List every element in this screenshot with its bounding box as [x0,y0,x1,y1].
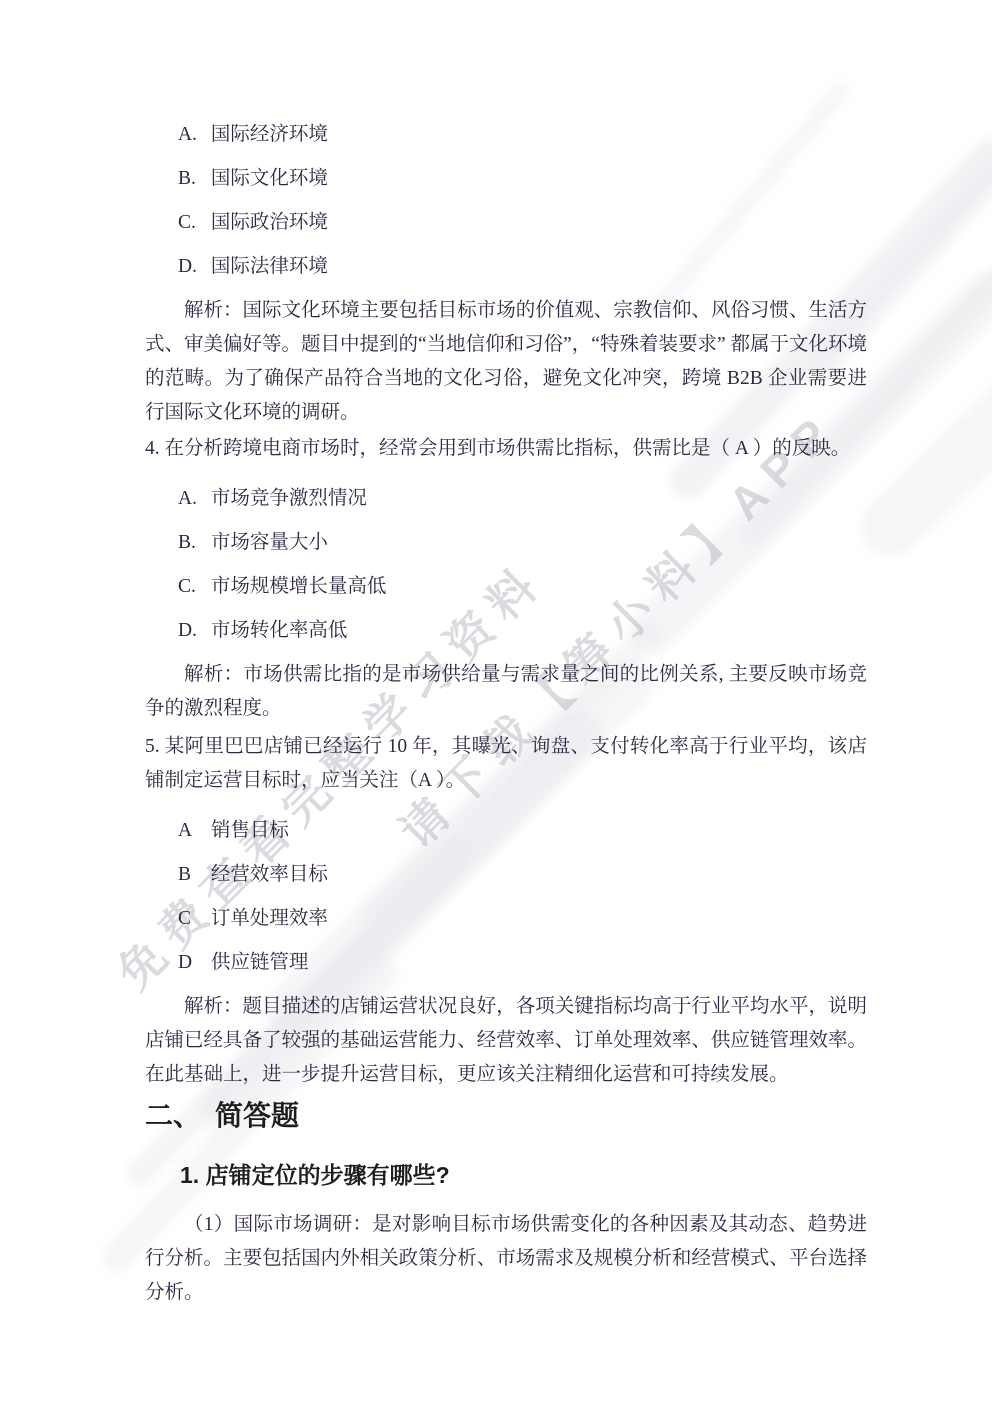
option-row: B. 国际文化环境 [178,162,867,196]
option-text: 国际法律环境 [211,256,328,277]
option-row: C 订单处理效率 [178,902,867,936]
q4-options: A. 市场竞争激烈情况 B. 市场容量大小 C. 市场规模增长量高低 D. 市场… [178,482,867,648]
option-label: D. [178,614,206,648]
option-row: D. 市场转化率高低 [178,614,867,648]
option-row: B 经营效率目标 [178,858,867,892]
option-text: 供应链管理 [211,952,309,973]
option-text: 市场规模增长量高低 [211,576,387,597]
q4-analysis: 解析：市场供需比指的是市场供给量与需求量之间的比例关系, 主要反映市场竞争的激烈… [145,658,867,726]
q4-stem: 4. 在分析跨境电商市场时，经常会用到市场供需比指标，供需比是（ A ）的反映。 [145,432,867,466]
option-row: B. 市场容量大小 [178,526,867,560]
option-label: C [178,902,206,936]
option-text: 经营效率目标 [211,864,328,885]
section-heading: 二、 简答题 [145,1096,867,1136]
option-label: D [178,946,206,980]
option-text: 国际政治环境 [211,212,328,233]
option-label: A [178,814,206,848]
q5-stem: 5. 某阿里巴巴店铺已经运行 10 年，其曝光、询盘、支付转化率高于行业平均，该… [145,730,867,798]
option-row: D. 国际法律环境 [178,250,867,284]
option-label: B [178,858,206,892]
option-text: 市场转化率高低 [211,620,348,641]
option-label: C. [178,206,206,240]
q1-answer: （1）国际市场调研：是对影响目标市场供需变化的各种因素及其动态、趋势进行分析。主… [145,1208,867,1310]
option-row: C. 国际政治环境 [178,206,867,240]
option-text: 市场容量大小 [211,532,328,553]
option-label: C. [178,570,206,604]
option-text: 国际经济环境 [211,124,328,145]
q5-analysis: 解析：题目描述的店铺运营状况良好，各项关键指标均高于行业平均水平，说明店铺已经具… [145,990,867,1092]
option-label: B. [178,162,206,196]
option-label: A. [178,118,206,152]
option-row: A. 市场竞争激烈情况 [178,482,867,516]
q3-options: A. 国际经济环境 B. 国际文化环境 C. 国际政治环境 D. 国际法律环境 [178,118,867,284]
q3-analysis: 解析：国际文化环境主要包括目标市场的价值观、宗教信仰、风俗习惯、生活方式、审美偏… [145,294,867,430]
document-page: 免费查看完整学习资料 请下载【筹小料】APP A. 国际经济环境 B. 国际文化… [0,0,992,1403]
option-label: A. [178,482,206,516]
option-text: 订单处理效率 [211,908,328,929]
subquestion-heading: 1. 店铺定位的步骤有哪些? [180,1160,867,1190]
option-text: 国际文化环境 [211,168,328,189]
option-row: D 供应链管理 [178,946,867,980]
option-text: 市场竞争激烈情况 [211,488,367,509]
option-row: A. 国际经济环境 [178,118,867,152]
q5-options: A 销售目标 B 经营效率目标 C 订单处理效率 D 供应链管理 [178,814,867,980]
option-label: D. [178,250,206,284]
option-label: B. [178,526,206,560]
option-text: 销售目标 [211,820,289,841]
option-row: C. 市场规模增长量高低 [178,570,867,604]
page-content: A. 国际经济环境 B. 国际文化环境 C. 国际政治环境 D. 国际法律环境 … [145,118,867,1310]
option-row: A 销售目标 [178,814,867,848]
